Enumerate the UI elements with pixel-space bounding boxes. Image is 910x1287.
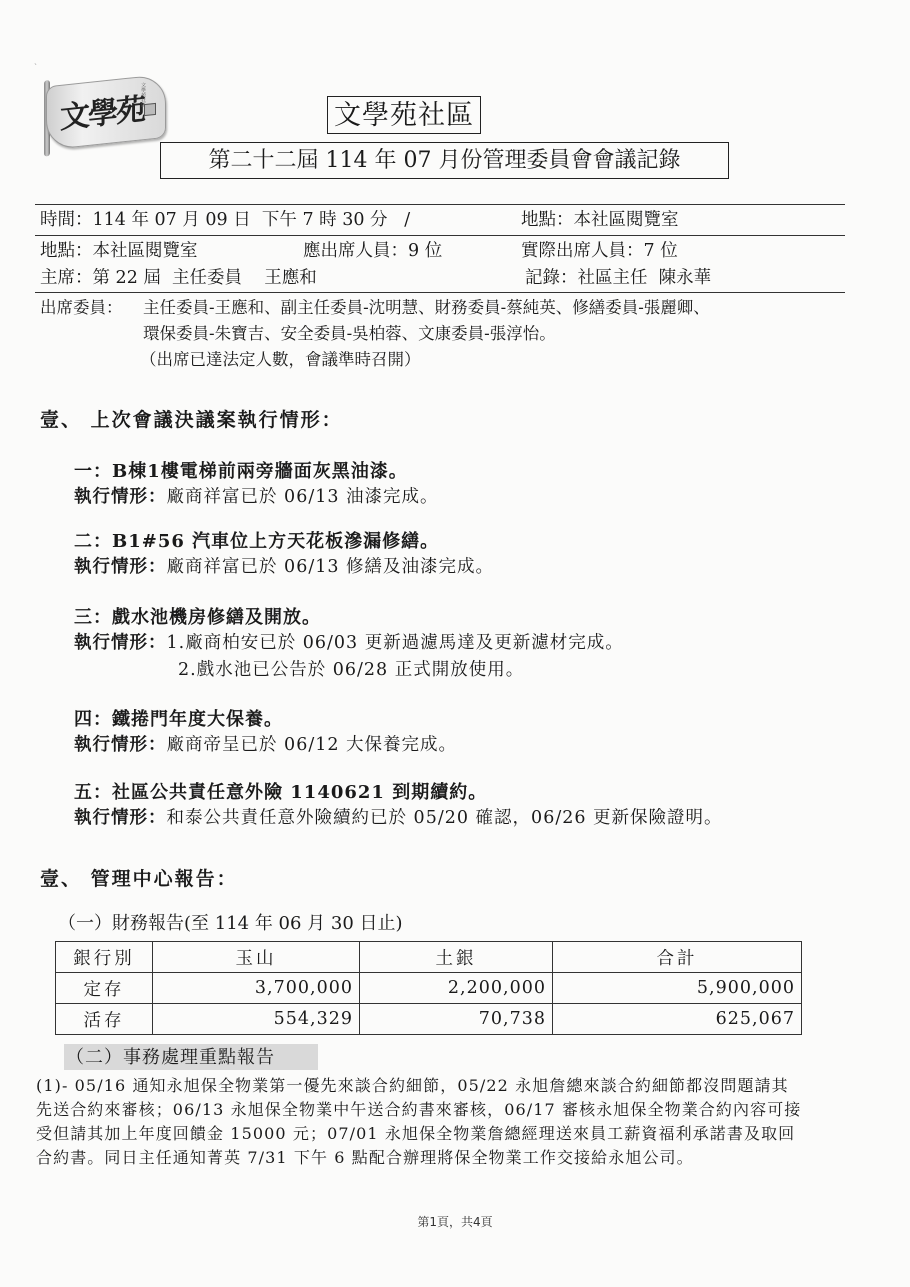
item-4-exec-label: 執行情形： [74, 735, 167, 755]
item-4-exec-text: 廠商帝呈已於 06/12 大保養完成。 [167, 735, 458, 755]
item-5-exec-label: 執行情形： [74, 808, 167, 828]
page-number: 第1頁，共4頁 [0, 1213, 910, 1230]
meeting-place: 地點：本社區閱覽室 [40, 239, 198, 263]
section-2-heading: 壹、 管理中心報告： [40, 864, 238, 891]
finance-table: 銀行別 玉山 土銀 合計 定存 3,700,000 2,200,000 5,90… [55, 941, 802, 1035]
affairs-line-3: 受但請其加上年度回饋金 15000 元；07/01 永旭保全物業詹總經理送來員工… [36, 1122, 848, 1146]
item-5-title: 五：社區公共責任意外險 1140621 到期續約。 [74, 778, 487, 804]
item-3-exec-label: 執行情形： [74, 633, 167, 653]
affairs-paragraph: (1)- 05/16 通知永旭保全物業第一優先來談合約細節，05/22 永旭詹總… [36, 1074, 848, 1170]
attendees-line-1: 主任委員-王應和、副主任委員-沈明慧、財務委員-蔡純英、修繕委員-張麗卿、 [143, 296, 710, 320]
item-3-title: 三：戲水池機房修繕及開放。 [74, 603, 321, 629]
item-2-exec-label: 執行情形： [74, 557, 167, 577]
scan-mark: ˎ [34, 55, 37, 66]
table-cell: 554,329 [153, 1004, 360, 1035]
item-3-exec-text: 1.廠商柏安已於 06/03 更新過濾馬達及更新濾材完成。 [167, 633, 624, 653]
chairperson: 主席：第 22 屆 主任委員 王應和 [40, 266, 317, 290]
logo-seal-icon [144, 103, 156, 116]
affairs-line-1: (1)- 05/16 通知永旭保全物業第一優先來談合約細節，05/22 永旭詹總… [36, 1074, 848, 1098]
item-5-exec-text: 和泰公共責任意外險續約已於 05/20 確認，06/26 更新保險證明。 [167, 808, 723, 828]
quorum-note: （出席已達法定人數，會議準時召開） [140, 348, 421, 372]
community-logo: 文學苑 文學苑社區 [46, 64, 168, 165]
affairs-line-2: 先送合約來審核；06/13 永旭保全物業中午送合約書來審核，06/17 審核永旭… [36, 1098, 848, 1122]
table-header: 合計 [553, 942, 802, 973]
table-header: 土銀 [360, 942, 553, 973]
item-2-exec-text: 廠商祥富已於 06/13 修繕及油漆完成。 [167, 557, 495, 577]
item-4-title: 四：鐵捲門年度大保養。 [74, 705, 283, 731]
affairs-line-4: 合約書。同日主任通知菁英 7/31 下午 6 點配合辦理將保全物業工作交接給永旭… [36, 1146, 848, 1170]
table-cell: 定存 [56, 973, 153, 1004]
item-1-exec-text: 廠商祥富已於 06/13 油漆完成。 [167, 487, 439, 507]
table-row: 定存 3,700,000 2,200,000 5,900,000 [56, 973, 802, 1004]
table-cell: 5,900,000 [553, 973, 802, 1004]
actual-attendance: 實際出席人員：7 位 [521, 239, 678, 263]
divider [35, 204, 845, 205]
table-cell: 2,200,000 [360, 973, 553, 1004]
table-row: 活存 554,329 70,738 625,067 [56, 1004, 802, 1035]
item-1-title: 一：B棟1樓電梯前兩旁牆面灰黑油漆。 [74, 457, 408, 483]
section-1-heading: 壹、 上次會議決議案執行情形： [40, 405, 343, 432]
table-cell: 70,738 [360, 1004, 553, 1035]
table-cell: 625,067 [553, 1004, 802, 1035]
finance-report-title: （一）財務報告(至 114 年 06 月 30 日止) [58, 912, 403, 936]
meeting-title: 第二十二屆 114 年 07 月份管理委員會會議記錄 [160, 142, 729, 179]
recorder: 記錄：社區主任 陳永華 [525, 266, 711, 290]
meeting-time: 時間：114 年 07 月 09 日 下午 7 時 30 分 / [40, 208, 410, 232]
item-3-exec-text-2: 2.戲水池已公告於 06/28 正式開放使用。 [178, 656, 524, 681]
divider [35, 235, 845, 236]
table-header: 玉山 [153, 942, 360, 973]
divider [35, 292, 845, 293]
affairs-report-title: （二）事務處理重點報告 [64, 1044, 318, 1070]
item-2-title: 二：B1#56 汽車位上方天花板滲漏修繕。 [74, 527, 439, 553]
table-header-row: 銀行別 玉山 土銀 合計 [56, 942, 802, 973]
community-title: 文學苑社區 [327, 96, 481, 134]
table-cell: 活存 [56, 1004, 153, 1035]
item-1-exec-label: 執行情形： [74, 487, 167, 507]
table-cell: 3,700,000 [153, 973, 360, 1004]
attendees-label: 出席委員： [40, 296, 123, 320]
table-header: 銀行別 [56, 942, 153, 973]
logo-text: 文學苑 [60, 84, 144, 137]
attendees-line-2: 環保委員-朱寶吉、安全委員-吳柏蓉、文康委員-張淳怡。 [143, 322, 556, 346]
expected-attendance: 應出席人員：9 位 [303, 239, 442, 263]
meeting-place-top: 地點：本社區閱覽室 [521, 208, 679, 232]
